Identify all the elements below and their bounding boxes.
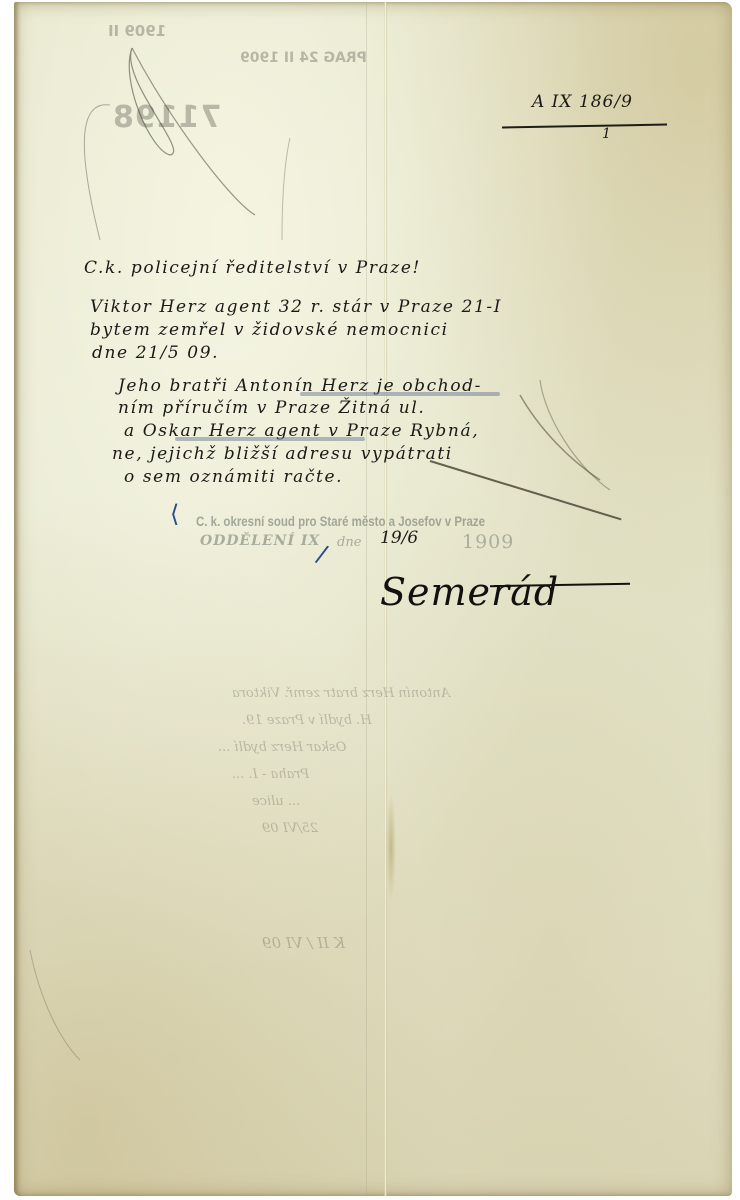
court-stamp-year: 1909 <box>462 531 514 553</box>
bleed-through-line: 25/VI 09 <box>262 815 318 842</box>
blue-pencil-underline <box>175 437 365 441</box>
salutation: C.k. policejní ředitelství v Praze! <box>84 258 421 278</box>
document-page <box>14 2 732 1196</box>
bleed-through-stamp: PRAG 24 II 1909 <box>240 50 367 66</box>
court-stamp-dne: dne <box>337 535 361 550</box>
paper-stain <box>386 792 396 902</box>
body-line: ním příručím v Praze Žitná ul. <box>118 398 425 418</box>
bleed-through-line: ... ulice <box>252 788 300 815</box>
body-line: bytem zemřel v židovské nemocnici <box>90 320 449 340</box>
handwritten-date: 19/6 <box>380 528 418 548</box>
paper-crease <box>366 2 367 1196</box>
court-stamp-department: ODDĚLENÍ IX <box>200 533 320 549</box>
reference-number: A IX 186/9 <box>532 92 633 112</box>
bleed-through-line: Antonín Herz bratr zemř. Viktora <box>232 680 450 707</box>
body-line: o sem oznámiti račte. <box>124 467 343 487</box>
reference-sub: 1 <box>602 126 611 142</box>
blue-bracket-left: ⟨ <box>170 500 179 528</box>
bleed-through-pencil-note: K II / VI 09 <box>262 930 345 957</box>
bleed-through-line: Praha - I. ... <box>232 761 309 788</box>
bleed-through-line: H. bydlí v Praze 19. <box>242 707 372 734</box>
court-stamp-line1: C. k. okresní soud pro Staré město a Jos… <box>196 513 485 529</box>
bleed-through-number: 71198 <box>112 100 221 135</box>
blue-pencil-underline <box>300 392 500 396</box>
signature: Semerád <box>380 570 559 614</box>
bleed-through-line: Oskar Herz bydlí ... <box>218 734 346 761</box>
body-line: dne 21/5 09. <box>92 343 219 363</box>
bleed-through-stamp-top: 1909 II <box>108 22 166 40</box>
body-line: Viktor Herz agent 32 r. stár v Praze 21-… <box>90 297 502 317</box>
body-line: ne, jejichž bližší adresu vypátrati <box>112 444 453 464</box>
